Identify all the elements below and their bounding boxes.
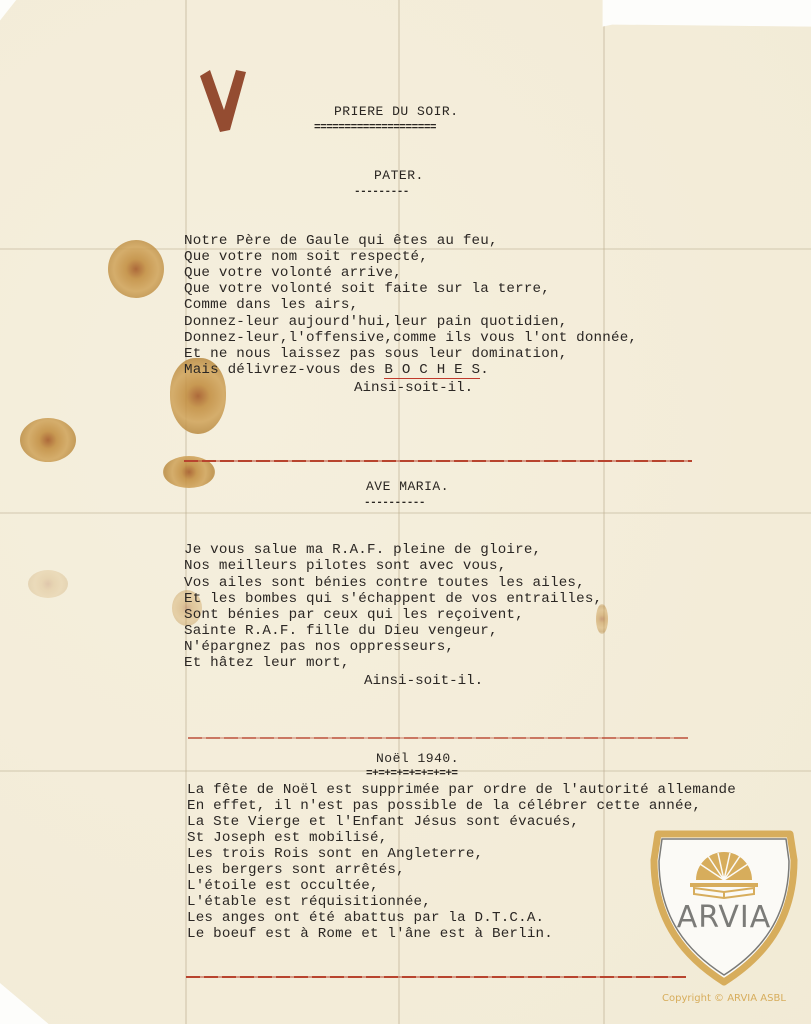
copyright-notice: Copyright © ARVIA ASBL bbox=[662, 993, 786, 1004]
verse-line: Notre Père de Gaule qui êtes au feu, bbox=[184, 233, 498, 249]
verse-line: Et ne nous laissez pas sous leur dominat… bbox=[184, 346, 567, 362]
section-heading-noel: Noël 1940. bbox=[376, 751, 459, 766]
fold-line bbox=[0, 512, 811, 514]
section-rule: --------- bbox=[354, 186, 409, 198]
verse-line: Les anges ont été abattus par la D.T.C.A… bbox=[187, 910, 544, 926]
verse-line: Le boeuf est à Rome et l'âne est à Berli… bbox=[187, 926, 553, 942]
title-rule: ==================== bbox=[314, 122, 436, 134]
stain bbox=[596, 604, 608, 634]
verse-line: La Ste Vierge et l'Enfant Jésus sont éva… bbox=[187, 814, 579, 830]
verse-line: Les trois Rois sont en Angleterre, bbox=[187, 846, 483, 862]
verse-line: La fête de Noël est supprimée par ordre … bbox=[187, 782, 736, 798]
verse-line: St Joseph est mobilisé, bbox=[187, 830, 387, 846]
section-divider bbox=[184, 460, 692, 462]
verse-line: Vos ailes sont bénies contre toutes les … bbox=[184, 575, 585, 591]
section-heading-pater: PATER. bbox=[374, 168, 424, 183]
verse-line: Nos meilleurs pilotes sont avec vous, bbox=[184, 558, 506, 574]
verse-line: Donnez-leur,l'offensive,comme ils vous l… bbox=[184, 330, 637, 346]
verse-line: Et les bombes qui s'échappent de vos ent… bbox=[184, 591, 602, 607]
section-divider bbox=[186, 976, 686, 978]
verse-line: Comme dans les airs, bbox=[184, 297, 358, 313]
verse-line: Les bergers sont arrêtés, bbox=[187, 862, 405, 878]
verse-line: L'étable est réquisitionnée, bbox=[187, 894, 431, 910]
verse-line: Je vous salue ma R.A.F. pleine de gloire… bbox=[184, 542, 541, 558]
stain bbox=[108, 240, 164, 298]
closing-amen: Ainsi-soit-il. bbox=[364, 673, 483, 689]
arvia-logo-text: ARVIA bbox=[650, 900, 798, 935]
verse-line: Donnez-leur aujourd'hui,leur pain quotid… bbox=[184, 314, 567, 330]
section-rule: =+=+=+=+=+=+=+= bbox=[366, 768, 458, 780]
emphasized-word: B O C H E S bbox=[384, 362, 480, 379]
page-title: PRIERE DU SOIR. bbox=[334, 104, 459, 119]
verse-line: Mais délivrez-vous des B O C H E S. bbox=[184, 362, 489, 378]
verse-line: En effet, il n'est pas possible de la cé… bbox=[187, 798, 701, 814]
verse-line: Sont bénies par ceux qui les reçoivent, bbox=[184, 607, 524, 623]
section-heading-ave-maria: AVE MARIA. bbox=[366, 479, 449, 494]
stain bbox=[28, 570, 68, 598]
verse-text: Mais délivrez-vous des bbox=[184, 362, 384, 378]
closing-amen: Ainsi-soit-il. bbox=[354, 380, 473, 396]
verse-line: Sainte R.A.F. fille du Dieu vengeur, bbox=[184, 623, 498, 639]
verse-line: Que votre volonté arrive, bbox=[184, 265, 402, 281]
section-rule: ---------- bbox=[364, 497, 425, 509]
stain bbox=[20, 418, 76, 462]
verse-line: Que votre volonté soit faite sur la terr… bbox=[184, 281, 550, 297]
verse-line: Et hâtez leur mort, bbox=[184, 655, 350, 671]
verse-text: . bbox=[480, 362, 489, 378]
verse-line: L'étoile est occultée, bbox=[187, 878, 379, 894]
section-divider bbox=[188, 737, 688, 739]
v-for-victory-stamp-icon bbox=[198, 66, 250, 132]
verse-line: N'épargnez pas nos oppresseurs, bbox=[184, 639, 454, 655]
verse-line: Que votre nom soit respecté, bbox=[184, 249, 428, 265]
